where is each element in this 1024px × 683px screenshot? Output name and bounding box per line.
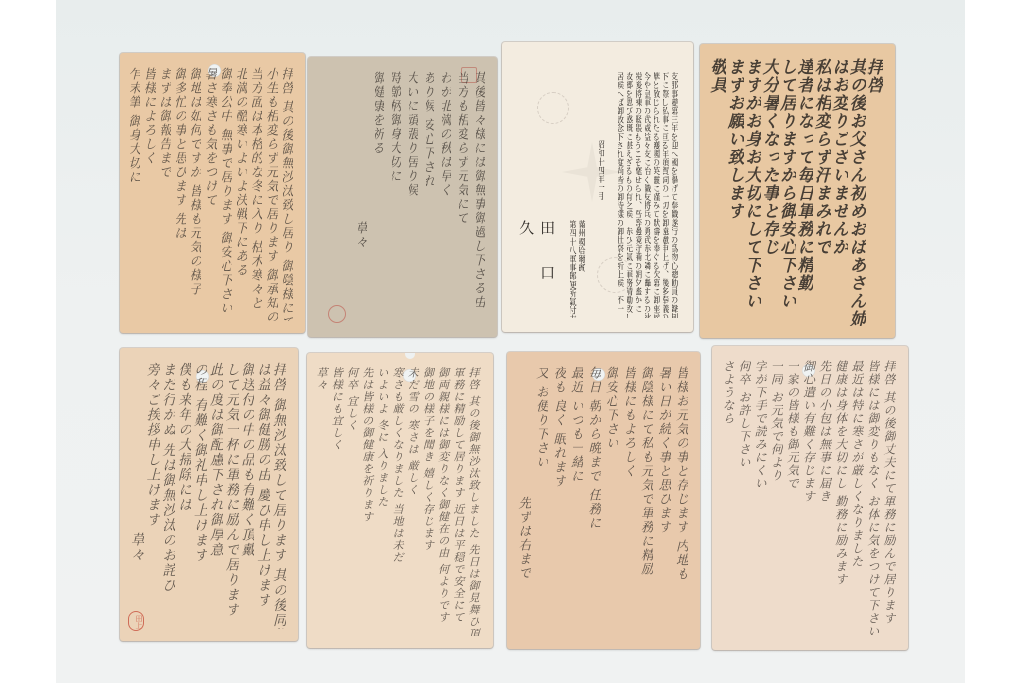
postcard-4: 拝啓 其の後お父さん初めおばあさん姉さん はお変りございませんか 私は相変らず汗… xyxy=(700,44,895,338)
handwritten-text: 其後皆々様には御無事御過し下さる由 当方も相変らず元気にて わが北満の秋は早く … xyxy=(358,71,485,325)
sender-name: 田口 久 xyxy=(516,72,558,318)
postcard-1: 拝啓 其の後御無沙汰致し居り 御陰様にて 小生も相変らず元気で居ります 御承知の… xyxy=(120,53,305,333)
postcard-2: 其後皆々様には御無事御過し下さる由 当方も相変らず元気にて わが北満の秋は早く … xyxy=(308,57,497,337)
handwritten-text: 拝啓 其の後御無沙汰致し居り 御陰様にて 小生も相変らず元気で居ります 御承知の… xyxy=(130,67,293,321)
printed-text: 支那事變第三年を迎へ國を擧げて奉職遂行の爲物心總動員の聲制 下に際し私事に亘る年… xyxy=(516,72,679,318)
date: 昭和十四年一月 xyxy=(599,72,606,318)
postcard-3-printed: 支那事變第三年を迎へ國を擧げて奉職遂行の爲物心總動員の聲制 下に際し私事に亘る年… xyxy=(502,42,693,332)
handwritten-text: 拝啓 其の後お父さん初めおばあさん姉さん はお変りございませんか 私は相変らず汗… xyxy=(710,58,883,326)
postcard-6: 拝啓 其の後御無沙汰致しました 先日は御見舞ひ頂き有難く 軍務に精励して居ります… xyxy=(307,353,493,648)
red-seal-icon xyxy=(328,305,346,323)
notch xyxy=(405,353,415,359)
sender-location: 滿洲國哈爾賓 xyxy=(579,72,586,318)
red-name-seal-icon: 田上 xyxy=(128,611,144,631)
handwritten-text: 拝啓 御無沙汰致して居ります 其の後同様に は益々御健勝の由 慶び申し上げます … xyxy=(130,362,286,629)
handwritten-text: 拝啓 其の後御丈夫にて軍務に励んで居ります 皆様には御変りもなく お体に気をつけ… xyxy=(722,360,896,638)
sender-unit: 第四十八軍事郵便所氣付吉原部隊 xyxy=(570,72,577,318)
handwritten-text: 拝啓 其の後御無沙汰致しました 先日は御見舞ひ頂き有難く 軍務に精励して居ります… xyxy=(317,367,481,636)
postcard-8: 拝啓 其の後御丈夫にて軍務に励んで居ります 皆様には御変りもなく お体に気をつけ… xyxy=(712,346,908,650)
postcard-5: 拝啓 御無沙汰致して居ります 其の後同様に は益々御健勝の由 慶び申し上げます … xyxy=(120,348,298,641)
handwritten-text: 皆様お元気の事と存じます 内地も 暑い日が続く事と思ひます 御陰様にて私も元気で… xyxy=(517,366,688,637)
postcard-7: 皆様お元気の事と存じます 内地も 暑い日が続く事と思ひます 御陰様にて私も元気で… xyxy=(507,352,700,649)
